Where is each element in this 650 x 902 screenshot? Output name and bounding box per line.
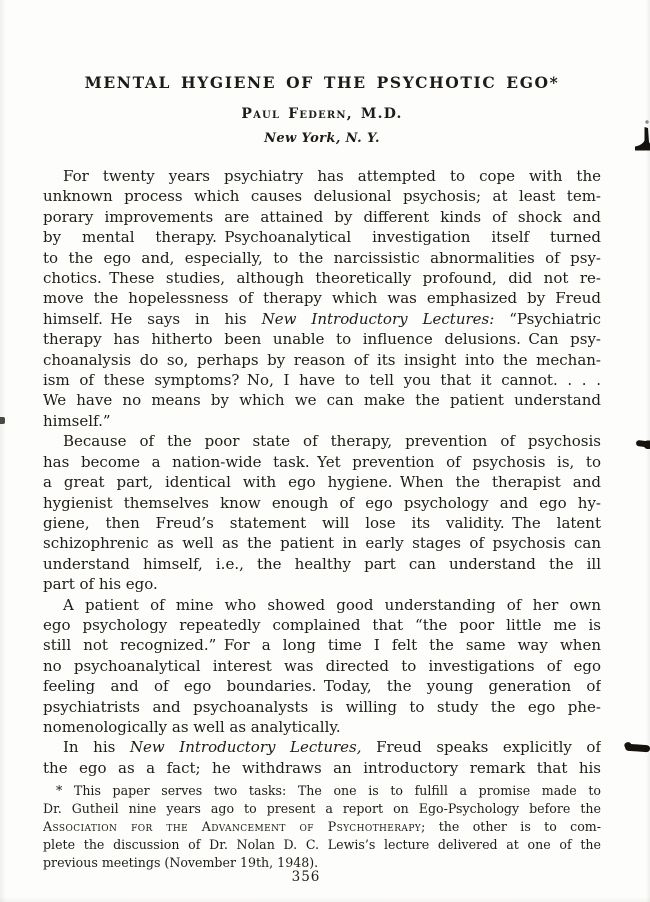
article-location: New York, N. Y. (43, 131, 601, 146)
text-line: the ego as a fact; he withdraws an intro… (43, 758, 601, 778)
text-line: himself. He says in his New Introductory… (43, 309, 601, 329)
text-line: In his New Introductory Lectures, Freud … (43, 737, 601, 757)
text-line: to the ego and, especially, to the narci… (43, 248, 601, 268)
text-segment: For twenty years psychiatry has attempte… (63, 167, 601, 185)
ink-smudge-dash (635, 436, 650, 454)
text-segment: * This paper serves two tasks: The one i… (56, 783, 601, 798)
text-segment: no psychoanalytical interest was directe… (43, 657, 601, 675)
ink-smudge-dash (624, 740, 650, 758)
italic-text: New Introductory Lectures, (130, 738, 362, 756)
text-segment: himself. He says in his (43, 310, 262, 328)
text-segment: choanalysis do so, perhaps by reason of … (43, 351, 601, 369)
paragraph: * This paper serves two tasks: The one i… (43, 782, 601, 872)
text-segment: therapy has hitherto been unable to infl… (43, 330, 601, 348)
text-line: psychiatrists and psychoanalysts is will… (43, 697, 601, 717)
text-segment: “Psychiatric (494, 310, 601, 328)
scanned-page: MENTAL HYGIENE OF THE PSYCHOTIC EGO* Pau… (0, 0, 650, 902)
text-line: part of his ego. (43, 574, 601, 594)
text-segment: schizophrenic as well as the patient in … (43, 534, 601, 552)
text-segment: Dr. Gutheil nine years ago to present a … (43, 801, 601, 816)
paragraph: For twenty years psychiatry has attempte… (43, 166, 601, 431)
text-segment: move the hopelessness of therapy which w… (43, 289, 601, 307)
text-segment: previous meetings (November 19th, 1948). (43, 855, 318, 870)
text-line: feeling and of ego boundaries. Today, th… (43, 676, 601, 696)
text-line: We have no means by which we can make th… (43, 390, 601, 410)
text-segment: part of his ego. (43, 575, 158, 593)
smallcaps-text: Association for the Advancement of Psych… (43, 819, 421, 834)
text-segment: still not recognized.” For a long time I… (43, 636, 601, 654)
text-segment: ; the other is to com- (421, 819, 601, 834)
text-line: no psychoanalytical interest was directe… (43, 656, 601, 676)
text-line: plete the discussion of Dr. Nolan D. C. … (43, 836, 601, 854)
text-segment: chotics. These studies, although theoret… (43, 269, 601, 287)
scan-artifact-edge-dot (0, 417, 5, 424)
ink-smudge-hook (632, 119, 650, 157)
text-line: chotics. These studies, although theoret… (43, 268, 601, 288)
text-segment: plete the discussion of Dr. Nolan D. C. … (43, 837, 601, 852)
text-segment: giene, then Freud’s statement will lose … (43, 514, 601, 532)
text-line: a great part, identical with ego hygiene… (43, 472, 601, 492)
text-segment: understand himself, i.e., the healthy pa… (43, 555, 601, 573)
text-line: For twenty years psychiatry has attempte… (43, 166, 601, 186)
text-line: Dr. Gutheil nine years ago to present a … (43, 800, 601, 818)
text-line: has become a nation-wide task. Yet preve… (43, 452, 601, 472)
italic-text: New Introductory Lectures: (262, 310, 495, 328)
text-line: therapy has hitherto been unable to infl… (43, 329, 601, 349)
text-line: Association for the Advancement of Psych… (43, 818, 601, 836)
text-line: move the hopelessness of therapy which w… (43, 288, 601, 308)
text-line: ego psychology repeatedly complained tha… (43, 615, 601, 635)
text-line: himself.” (43, 411, 601, 431)
text-line: still not recognized.” For a long time I… (43, 635, 601, 655)
text-segment: Because of the poor state of therapy, pr… (63, 432, 601, 450)
text-segment: A patient of mine who showed good unders… (63, 596, 601, 614)
page-number: 356 (27, 869, 585, 885)
text-segment: the ego as a fact; he withdraws an intro… (43, 759, 601, 777)
text-segment: hygienist themselves know enough of ego … (43, 494, 601, 512)
article-author: Paul Federn, M.D. (43, 106, 601, 122)
text-segment: a great part, identical with ego hygiene… (43, 473, 601, 491)
text-segment: psychiatrists and psychoanalysts is will… (43, 698, 601, 716)
text-line: understand himself, i.e., the healthy pa… (43, 554, 601, 574)
text-segment: porary improvements are attained by diff… (43, 208, 601, 226)
text-line: Because of the poor state of therapy, pr… (43, 431, 601, 451)
text-segment: ego psychology repeatedly complained tha… (43, 616, 601, 634)
text-segment: nomenologically as well as analytically. (43, 718, 341, 736)
text-line: ism of these symptoms? No, I have to tel… (43, 370, 601, 390)
text-line: nomenologically as well as analytically. (43, 717, 601, 737)
article-title: MENTAL HYGIENE OF THE PSYCHOTIC EGO* (43, 73, 601, 92)
paragraph: A patient of mine who showed good unders… (43, 595, 601, 738)
text-segment: Freud speaks explicitly of (362, 738, 602, 756)
text-segment: In his (63, 738, 130, 756)
text-segment: to the ego and, especially, to the narci… (43, 249, 601, 267)
text-segment: ism of these symptoms? No, I have to tel… (43, 371, 601, 389)
footnote: * This paper serves two tasks: The one i… (43, 782, 601, 872)
text-segment: himself.” (43, 412, 111, 430)
text-line: giene, then Freud’s statement will lose … (43, 513, 601, 533)
text-segment: has become a nation-wide task. Yet preve… (43, 453, 601, 471)
paragraph: In his New Introductory Lectures, Freud … (43, 737, 601, 778)
paragraph: Because of the poor state of therapy, pr… (43, 431, 601, 594)
text-segment: We have no means by which we can make th… (43, 391, 601, 409)
text-line: by mental therapy. Psychoanalytical inve… (43, 227, 601, 247)
text-line: schizophrenic as well as the patient in … (43, 533, 601, 553)
text-segment: by mental therapy. Psychoanalytical inve… (43, 228, 601, 246)
text-line: choanalysis do so, perhaps by reason of … (43, 350, 601, 370)
text-line: porary improvements are attained by diff… (43, 207, 601, 227)
text-line: * This paper serves two tasks: The one i… (43, 782, 601, 800)
text-line: A patient of mine who showed good unders… (43, 595, 601, 615)
text-line: hygienist themselves know enough of ego … (43, 493, 601, 513)
article-body: For twenty years psychiatry has attempte… (43, 166, 601, 778)
text-segment: unknown process which causes delusional … (43, 187, 601, 205)
text-line: unknown process which causes delusional … (43, 186, 601, 206)
text-segment: feeling and of ego boundaries. Today, th… (43, 677, 601, 695)
